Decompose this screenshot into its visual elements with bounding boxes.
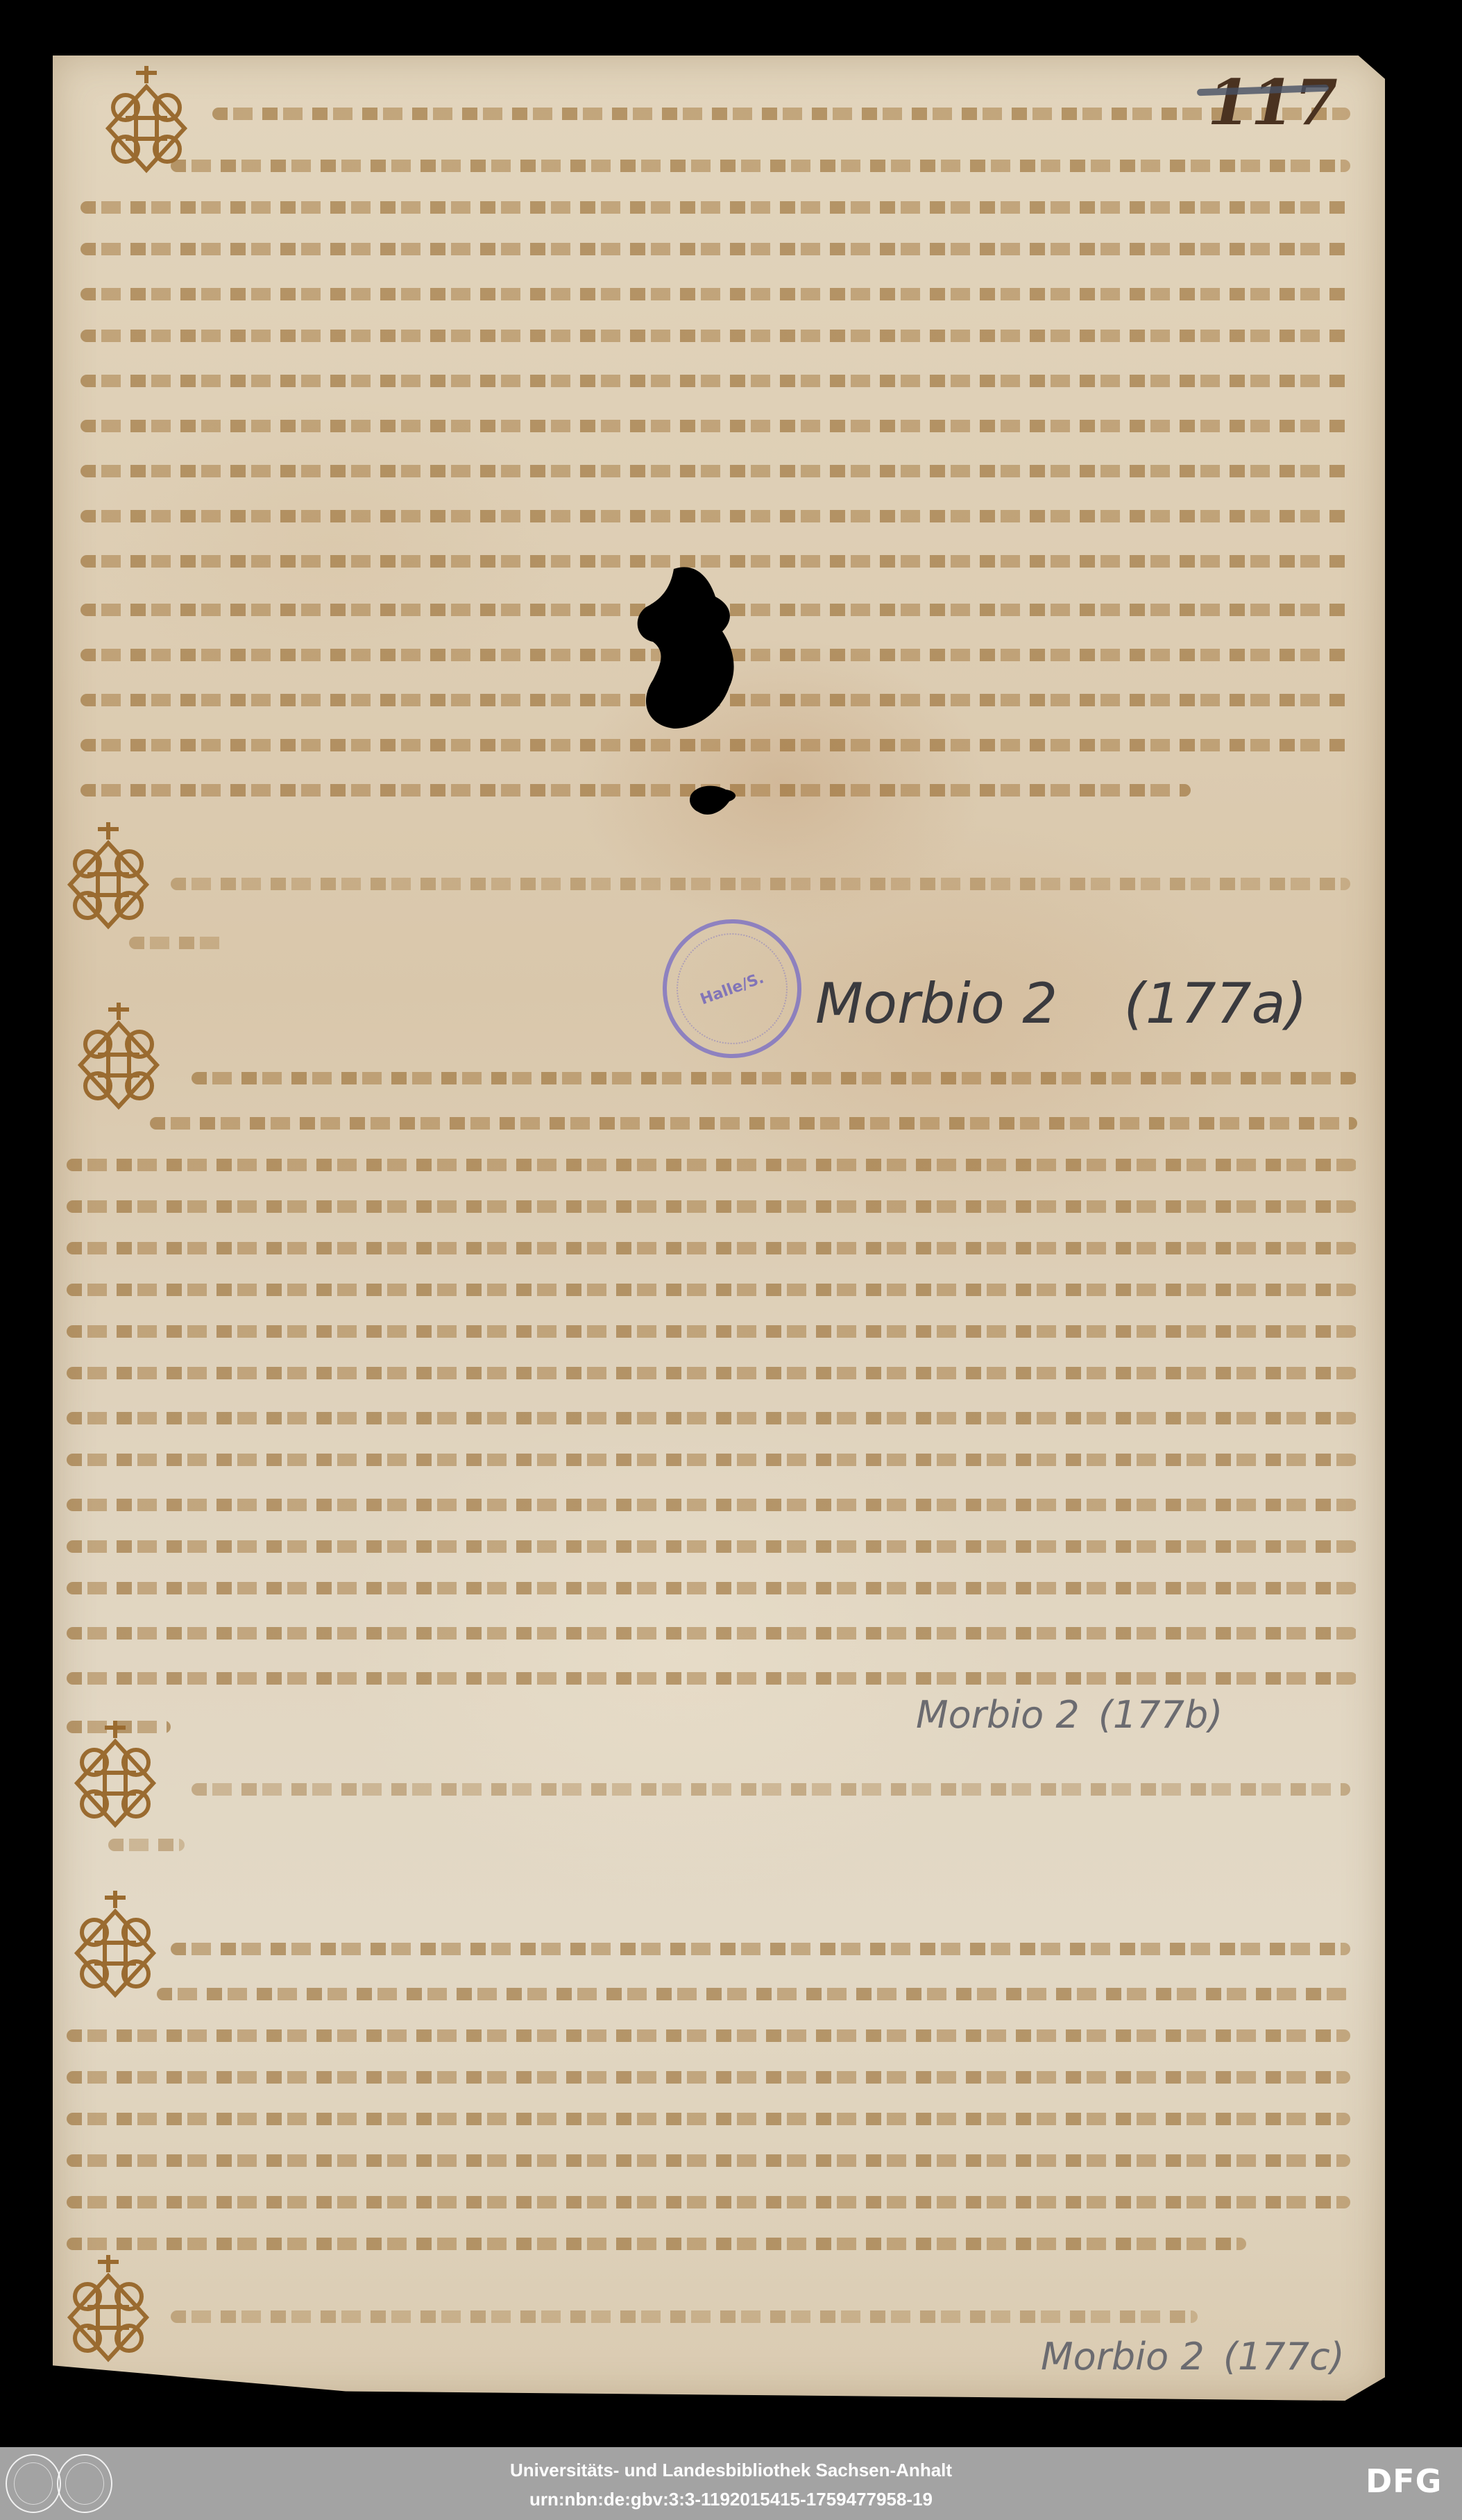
dfg-logo: DFG xyxy=(1366,2462,1442,2500)
script-line xyxy=(80,739,1350,751)
script-line xyxy=(67,2029,1350,2042)
script-line xyxy=(171,1943,1350,1955)
script-line xyxy=(67,1499,1357,1511)
script-line xyxy=(171,160,1350,172)
script-line xyxy=(150,1117,1357,1130)
script-line xyxy=(80,510,1350,522)
parchment-document xyxy=(53,56,1385,2401)
script-line xyxy=(67,1200,1357,1213)
chrismon-monogram-icon xyxy=(63,1887,167,2005)
script-line xyxy=(67,2196,1350,2208)
shelfmark-annotation-c: Morbio 2 (177c) xyxy=(1041,2335,1345,2378)
footer-urn[interactable]: urn:nbn:de:gbv:3:3-1192015415-1759477958… xyxy=(0,2489,1462,2510)
script-line xyxy=(80,243,1350,255)
script-line xyxy=(80,784,1191,797)
script-line xyxy=(67,1367,1357,1379)
annotation-ref: (177c) xyxy=(1223,2335,1345,2378)
script-line xyxy=(157,1988,1350,2000)
annotation-ref: (177b) xyxy=(1098,1693,1223,1737)
script-line xyxy=(212,108,1350,120)
script-line xyxy=(67,2071,1350,2084)
chrismon-monogram-icon xyxy=(56,2251,160,2369)
script-line xyxy=(67,2113,1350,2125)
script-line xyxy=(192,1072,1357,1084)
script-line xyxy=(67,1454,1357,1466)
subscription-line xyxy=(192,1783,1350,1796)
parchment-hole xyxy=(632,562,771,735)
script-line xyxy=(67,1325,1357,1338)
subscription-line xyxy=(171,2310,1198,2323)
script-line xyxy=(67,1627,1357,1640)
script-line xyxy=(67,1242,1357,1254)
script-line xyxy=(67,2238,1246,2250)
script-line xyxy=(80,375,1350,387)
script-line xyxy=(67,2154,1350,2167)
annotation-ref: (177a) xyxy=(1124,971,1307,1036)
image-viewer: 117 Halle/S. Morbio 2 (177a) Morbio 2 (1… xyxy=(0,0,1462,2447)
script-line xyxy=(80,288,1350,300)
folio-number: 117 xyxy=(1207,66,1338,139)
script-line xyxy=(80,420,1350,432)
chrismon-monogram-icon xyxy=(67,999,171,1117)
footer-institution: Universitäts- und Landesbibliothek Sachs… xyxy=(0,2460,1462,2481)
parchment-hole xyxy=(688,784,740,819)
annotation-text: Morbio 2 xyxy=(815,971,1057,1036)
subscription-line xyxy=(129,937,226,949)
script-line xyxy=(80,330,1350,342)
subscription-line xyxy=(108,1839,185,1851)
shelfmark-annotation-a: Morbio 2 (177a) xyxy=(815,971,1307,1036)
script-line xyxy=(67,1159,1357,1171)
annotation-text: Morbio 2 xyxy=(1041,2335,1205,2378)
script-line xyxy=(67,1672,1357,1685)
chrismon-monogram-icon xyxy=(56,819,160,937)
script-line xyxy=(67,1582,1357,1594)
subscription-line xyxy=(171,878,1350,890)
script-line xyxy=(67,1412,1357,1424)
script-line xyxy=(67,1540,1357,1553)
script-line xyxy=(67,1284,1357,1296)
chrismon-monogram-icon xyxy=(63,1717,167,1835)
script-line xyxy=(80,201,1350,214)
script-line xyxy=(80,465,1350,477)
footer-bar: Universitäts- und Landesbibliothek Sachs… xyxy=(0,2447,1462,2520)
shelfmark-annotation-b: Morbio 2 (177b) xyxy=(916,1693,1223,1737)
annotation-text: Morbio 2 xyxy=(916,1693,1080,1737)
